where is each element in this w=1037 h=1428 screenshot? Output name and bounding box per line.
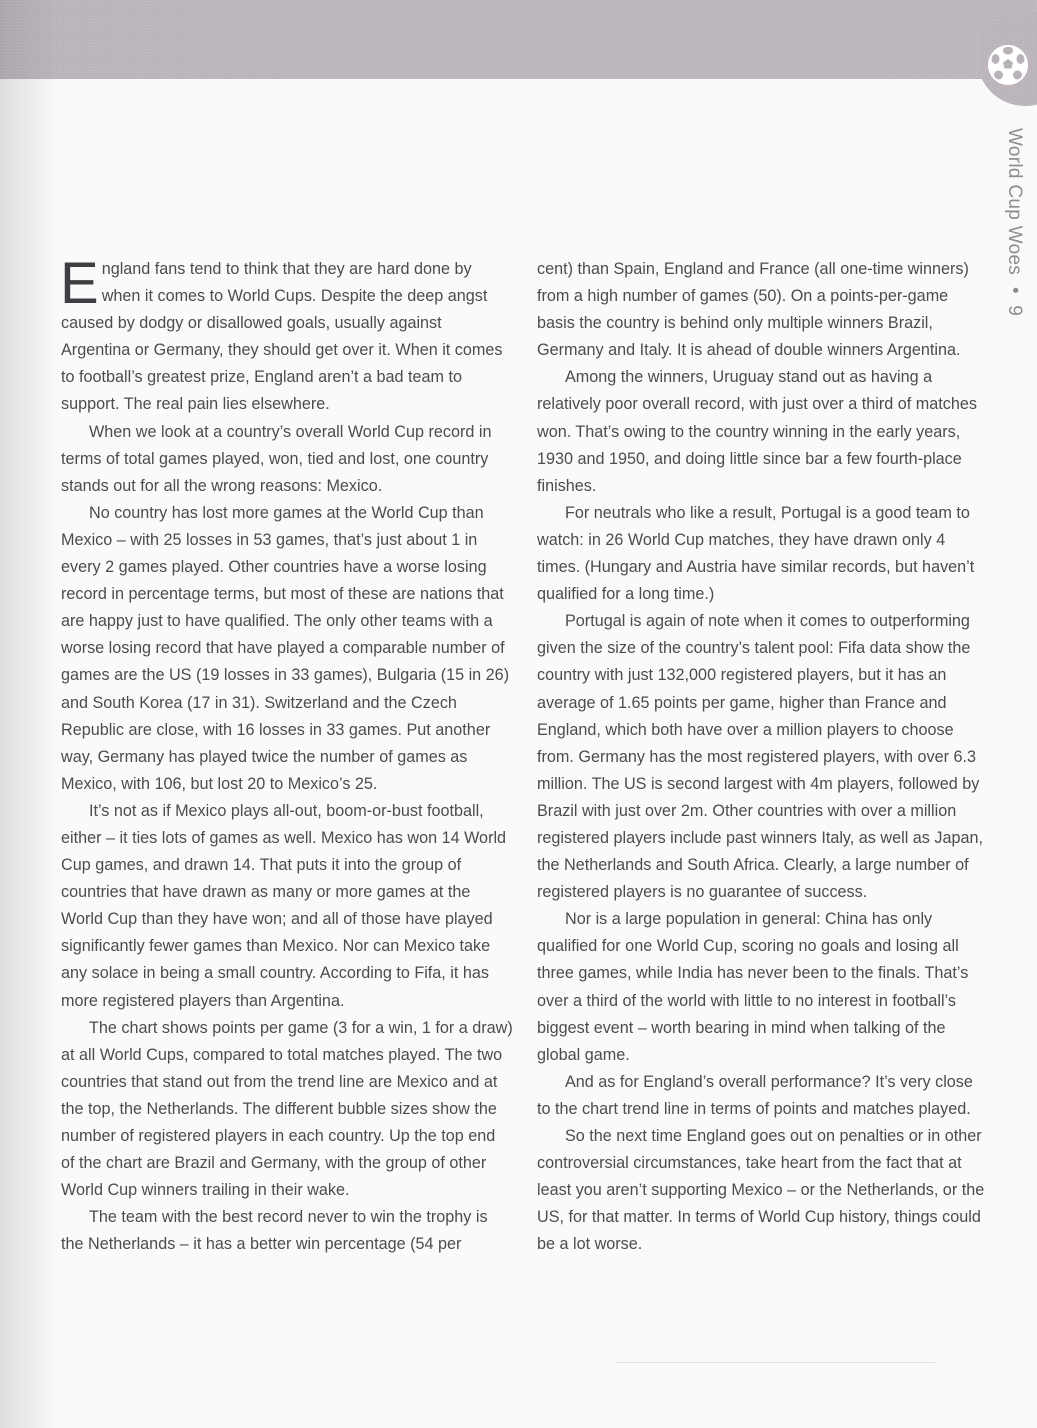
paragraph: Among the winners, Uruguay stand out as … xyxy=(537,364,989,499)
paragraph: For neutrals who like a result, Portugal… xyxy=(537,500,989,608)
paragraph: cent) than Spain, England and France (al… xyxy=(537,256,989,364)
paragraph: It’s not as if Mexico plays all-out, boo… xyxy=(61,798,513,1015)
paragraph-text: ngland fans tend to think that they are … xyxy=(61,260,502,413)
separator-dot: • xyxy=(1003,287,1025,294)
paragraph: England fans tend to think that they are… xyxy=(61,256,513,419)
chapter-title: World Cup Woes xyxy=(1004,128,1025,275)
paragraph: So the next time England goes out on pen… xyxy=(537,1123,989,1258)
show-through-rule xyxy=(615,1362,935,1363)
paragraph: The chart shows points per game (3 for a… xyxy=(61,1015,513,1205)
paragraph: And as for England’s overall performance… xyxy=(537,1069,989,1123)
paragraph: The team with the best record never to w… xyxy=(61,1204,513,1258)
paragraph: No country has lost more games at the Wo… xyxy=(61,500,513,798)
drop-cap: E xyxy=(60,261,99,307)
left-column: England fans tend to think that they are… xyxy=(61,256,513,1258)
football-icon xyxy=(987,44,1029,86)
paragraph: Nor is a large population in general: Ch… xyxy=(537,906,989,1069)
running-head: World Cup Woes • 9 xyxy=(1003,128,1025,316)
header-band xyxy=(0,0,1037,79)
page-number: 9 xyxy=(1004,305,1025,316)
right-column: cent) than Spain, England and France (al… xyxy=(537,256,989,1258)
paragraph: When we look at a country’s overall Worl… xyxy=(61,419,513,500)
page-gutter-shadow xyxy=(0,0,60,1428)
paragraph: Portugal is again of note when it comes … xyxy=(537,608,989,906)
